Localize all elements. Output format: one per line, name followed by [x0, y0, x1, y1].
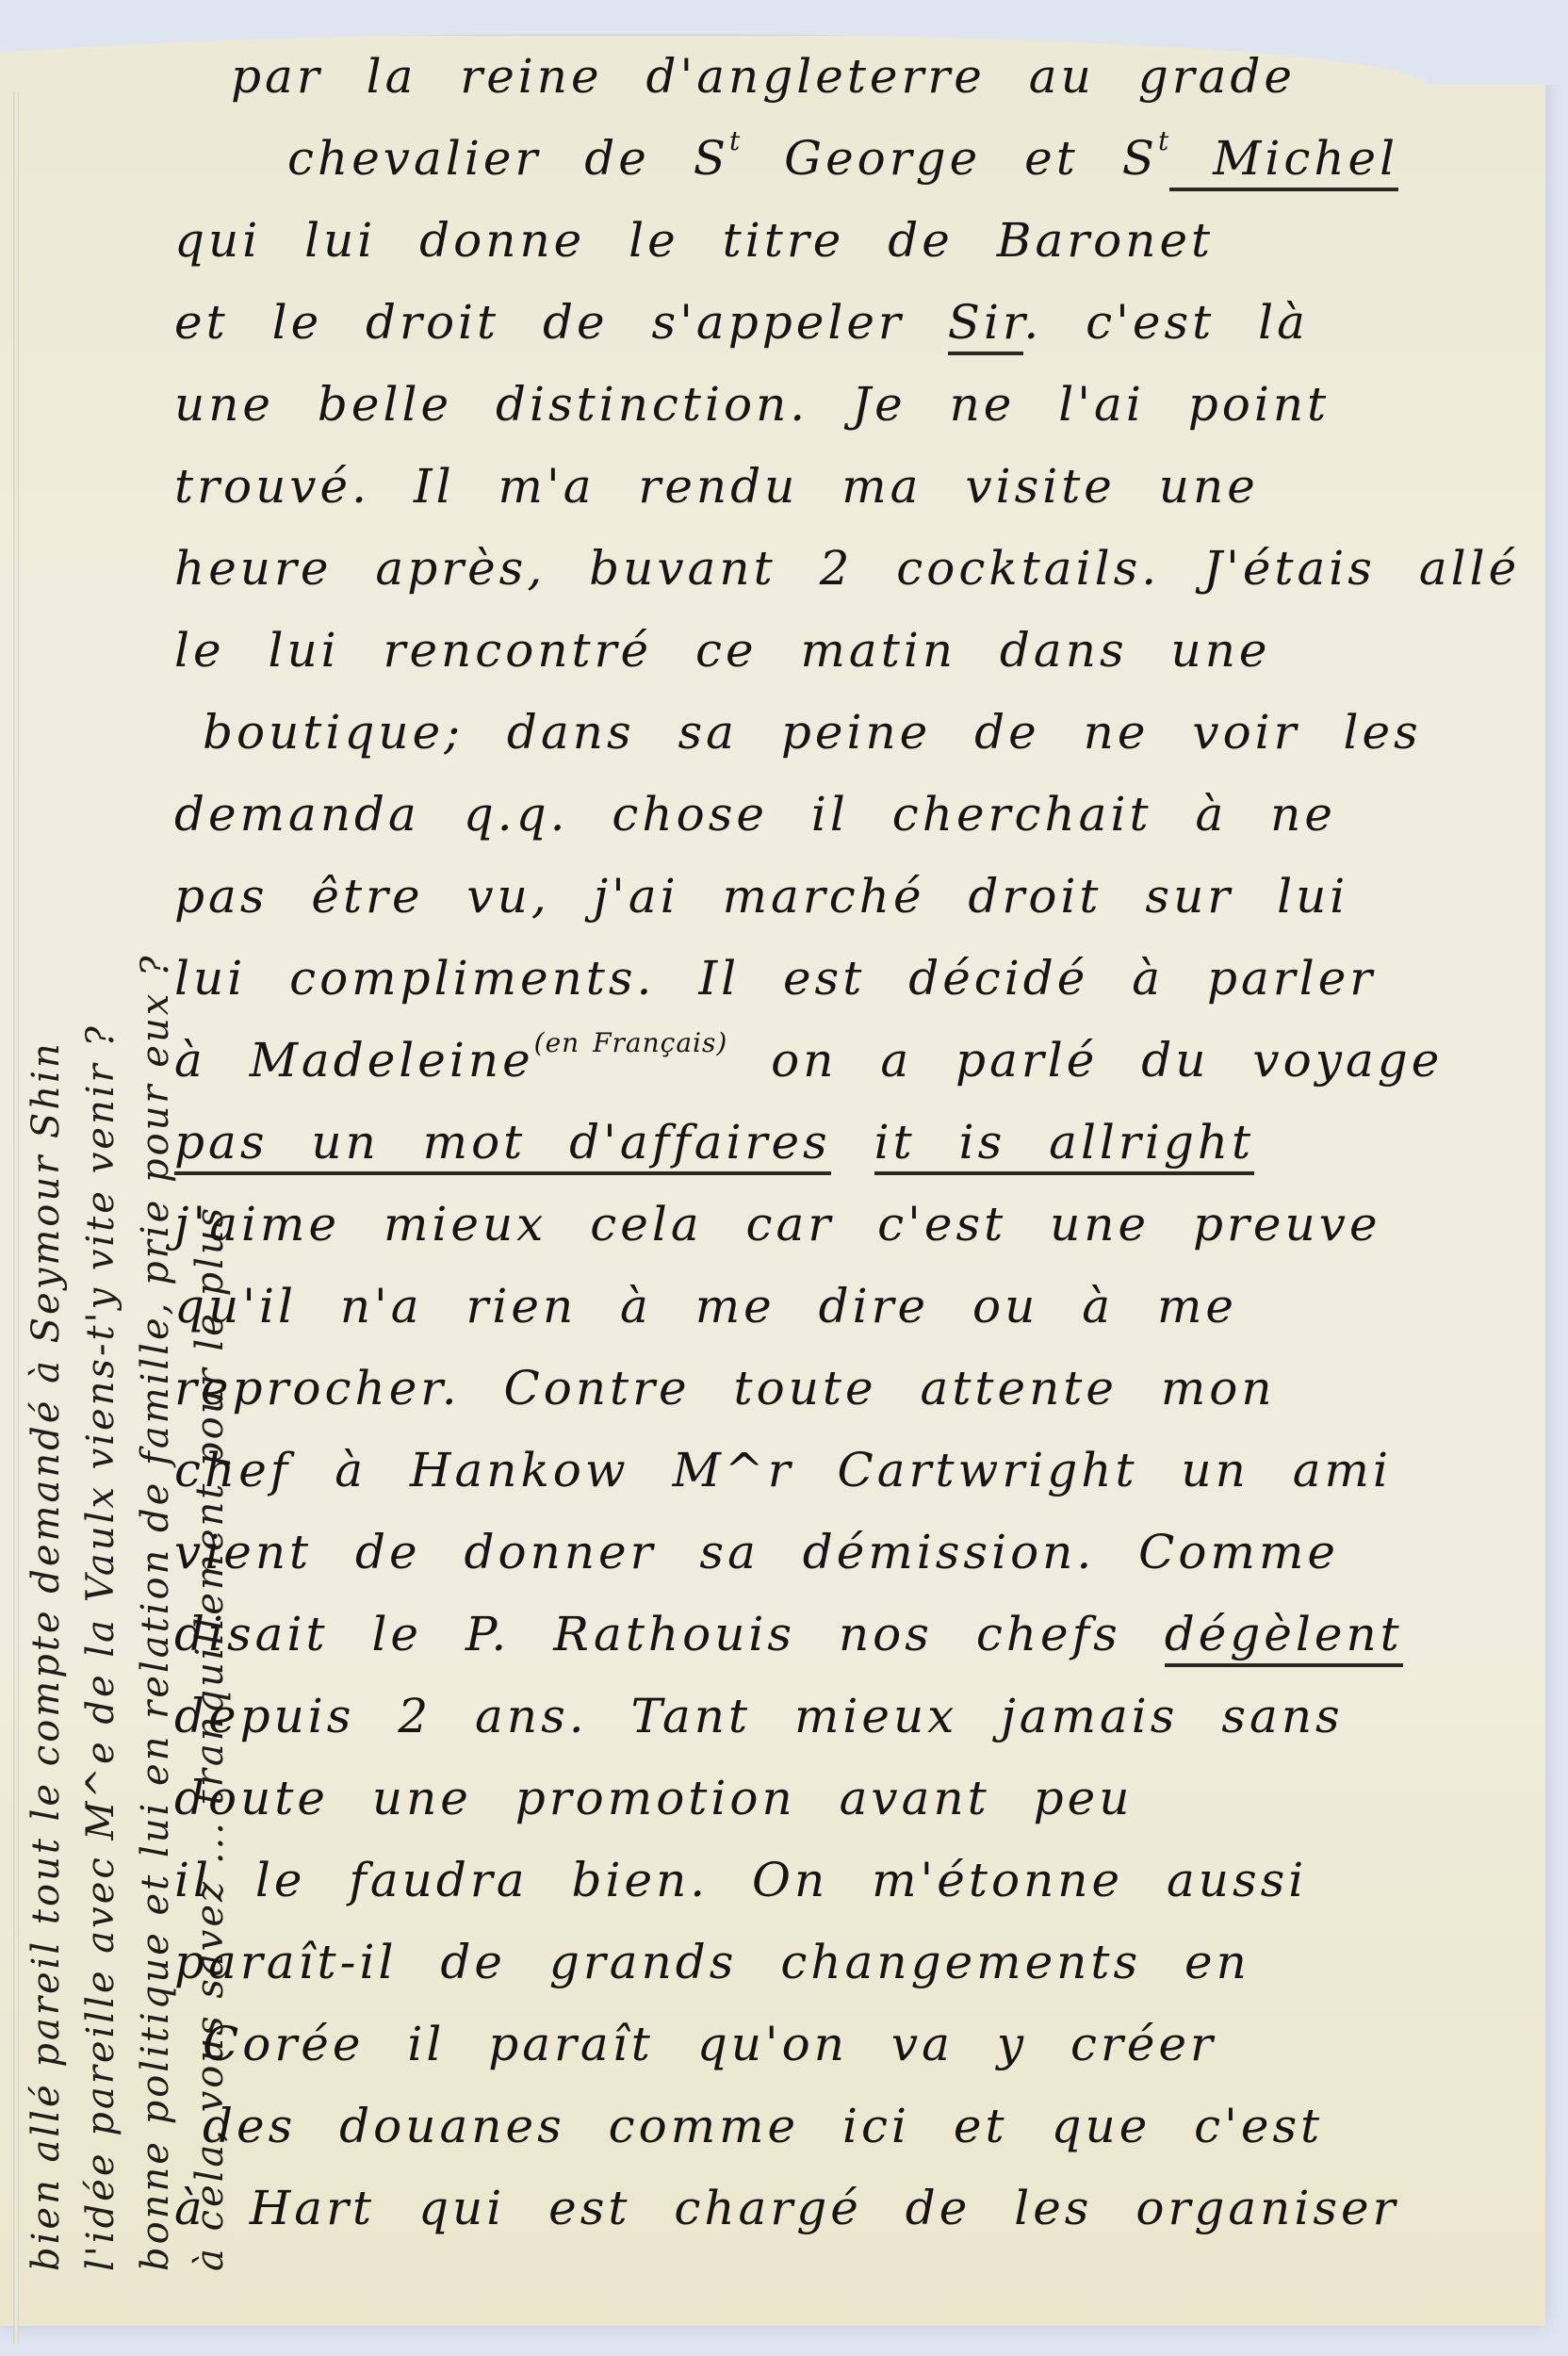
line-text: chef à Hankow M^r Cartwright un ami [174, 1443, 1392, 1497]
spacer [831, 1115, 874, 1170]
body-line: boutique; dans sa peine de ne voir les [174, 692, 1531, 774]
body-line: reprocher. Contre toute attente mon [174, 1348, 1531, 1430]
body-line: doute une promotion avant peu [174, 1758, 1531, 1840]
body-line: le lui rencontré ce matin dans une [174, 610, 1531, 692]
body-line: pas être vu, j'ai marché droit sur lui [174, 856, 1531, 938]
body-line: qu'il n'a rien à me dire ou à me [174, 1266, 1531, 1348]
body-line: pas un mot d'affaires it is allright [174, 1102, 1531, 1184]
line-text: pas être vu, j'ai marché droit sur lui [174, 869, 1348, 924]
margin-note-line: bien allé pareil tout le compte demandé … [19, 47, 73, 2299]
line-text: demanda q.q. chose il cherchait à ne [174, 787, 1336, 842]
line-text: trouvé. Il m'a rendu ma visite une [174, 459, 1259, 514]
body-line: des douanes comme ici et que c'est [174, 2086, 1531, 2168]
line-text: disait le P. Rathouis nos chefs [174, 1607, 1165, 1661]
line-text: qui lui donne le titre de Baronet [174, 213, 1214, 268]
underlined-text: pas un mot d'affaires [174, 1115, 831, 1175]
line-text: . c'est là [1023, 295, 1309, 350]
body-line: trouvé. Il m'a rendu ma visite une [174, 446, 1531, 528]
line-text: doute une promotion avant peu [174, 1771, 1133, 1825]
body-line: disait le P. Rathouis nos chefs dégèlent [174, 1594, 1531, 1676]
underlined-text: dégèlent [1165, 1607, 1403, 1667]
line-text: chevalier de S [287, 131, 729, 186]
underlined-text: Sir [948, 295, 1024, 355]
line-text: par la reine d'angleterre au grade [231, 49, 1296, 104]
line-text: reprocher. Contre toute attente mon [174, 1361, 1276, 1415]
body-line: qui lui donne le titre de Baronet [174, 200, 1531, 282]
body-line: une belle distinction. Je ne l'ai point [174, 364, 1531, 446]
body-line: Corée il paraît qu'on va y créer [174, 2004, 1531, 2086]
body-line: paraît-il de grands changements en [174, 1922, 1531, 2004]
body-line: vient de donner sa démission. Comme [174, 1512, 1531, 1594]
body-line: demanda q.q. chose il cherchait à ne [174, 774, 1531, 856]
line-text: depuis 2 ans. Tant mieux jamais sans [174, 1689, 1344, 1743]
line-text: qu'il n'a rien à me dire ou à me [174, 1279, 1237, 1333]
line-text: lui compliments. Il est décidé à parler [174, 951, 1376, 1006]
body-line: à Madeleine(en Français) on a parlé du v… [174, 1020, 1531, 1102]
body-line: j'aime mieux cela car c'est une preuve [174, 1184, 1531, 1266]
letter-body: par la reine d'angleterre au grade cheva… [174, 36, 1531, 2250]
line-text: heure après, buvant 2 cocktails. J'étais… [174, 541, 1520, 596]
body-line: par la reine d'angleterre au grade [174, 36, 1531, 118]
line-text: il le faudra bien. On m'étonne aussi [174, 1853, 1307, 1907]
body-line: depuis 2 ans. Tant mieux jamais sans [174, 1676, 1531, 1758]
line-text: boutique; dans sa peine de ne voir les [203, 705, 1422, 760]
body-line: lui compliments. Il est décidé à parler [174, 938, 1531, 1020]
body-line: heure après, buvant 2 cocktails. J'étais… [174, 528, 1531, 610]
line-text: le lui rencontré ce matin dans une [174, 623, 1270, 678]
body-line: et le droit de s'appeler Sir. c'est là [174, 282, 1531, 364]
line-text: on a parlé du voyage [727, 1033, 1443, 1088]
line-text: à Madeleine [174, 1033, 534, 1088]
superscript: t [1158, 125, 1169, 156]
body-line: chevalier de St George et St Michel [174, 118, 1531, 200]
line-text: Corée il paraît qu'on va y créer [203, 2017, 1217, 2071]
line-text: et le droit de s'appeler [174, 295, 948, 350]
body-line: à Hart qui est chargé de les organiser [174, 2168, 1531, 2250]
underlined-text: Michel [1169, 131, 1398, 191]
line-text: paraît-il de grands changements en [174, 1935, 1250, 1989]
line-text: à Hart qui est chargé de les organiser [174, 2181, 1399, 2235]
line-text: George et S [741, 131, 1158, 186]
line-text: j'aime mieux cela car c'est une preuve [174, 1197, 1381, 1252]
underlined-text: it is allright [874, 1115, 1255, 1175]
body-line: il le faudra bien. On m'étonne aussi [174, 1840, 1531, 1922]
superscript-annotation: (en Français) [534, 1027, 728, 1058]
line-text: vient de donner sa démission. Comme [174, 1525, 1339, 1579]
line-text: des douanes comme ici et que c'est [203, 2099, 1323, 2153]
body-line: chef à Hankow M^r Cartwright un ami [174, 1430, 1531, 1512]
margin-note-line: l'idée pareille avec M^e de la Vaulx vie… [73, 47, 128, 2299]
superscript: t [729, 125, 741, 156]
line-text: une belle distinction. Je ne l'ai point [174, 377, 1330, 432]
